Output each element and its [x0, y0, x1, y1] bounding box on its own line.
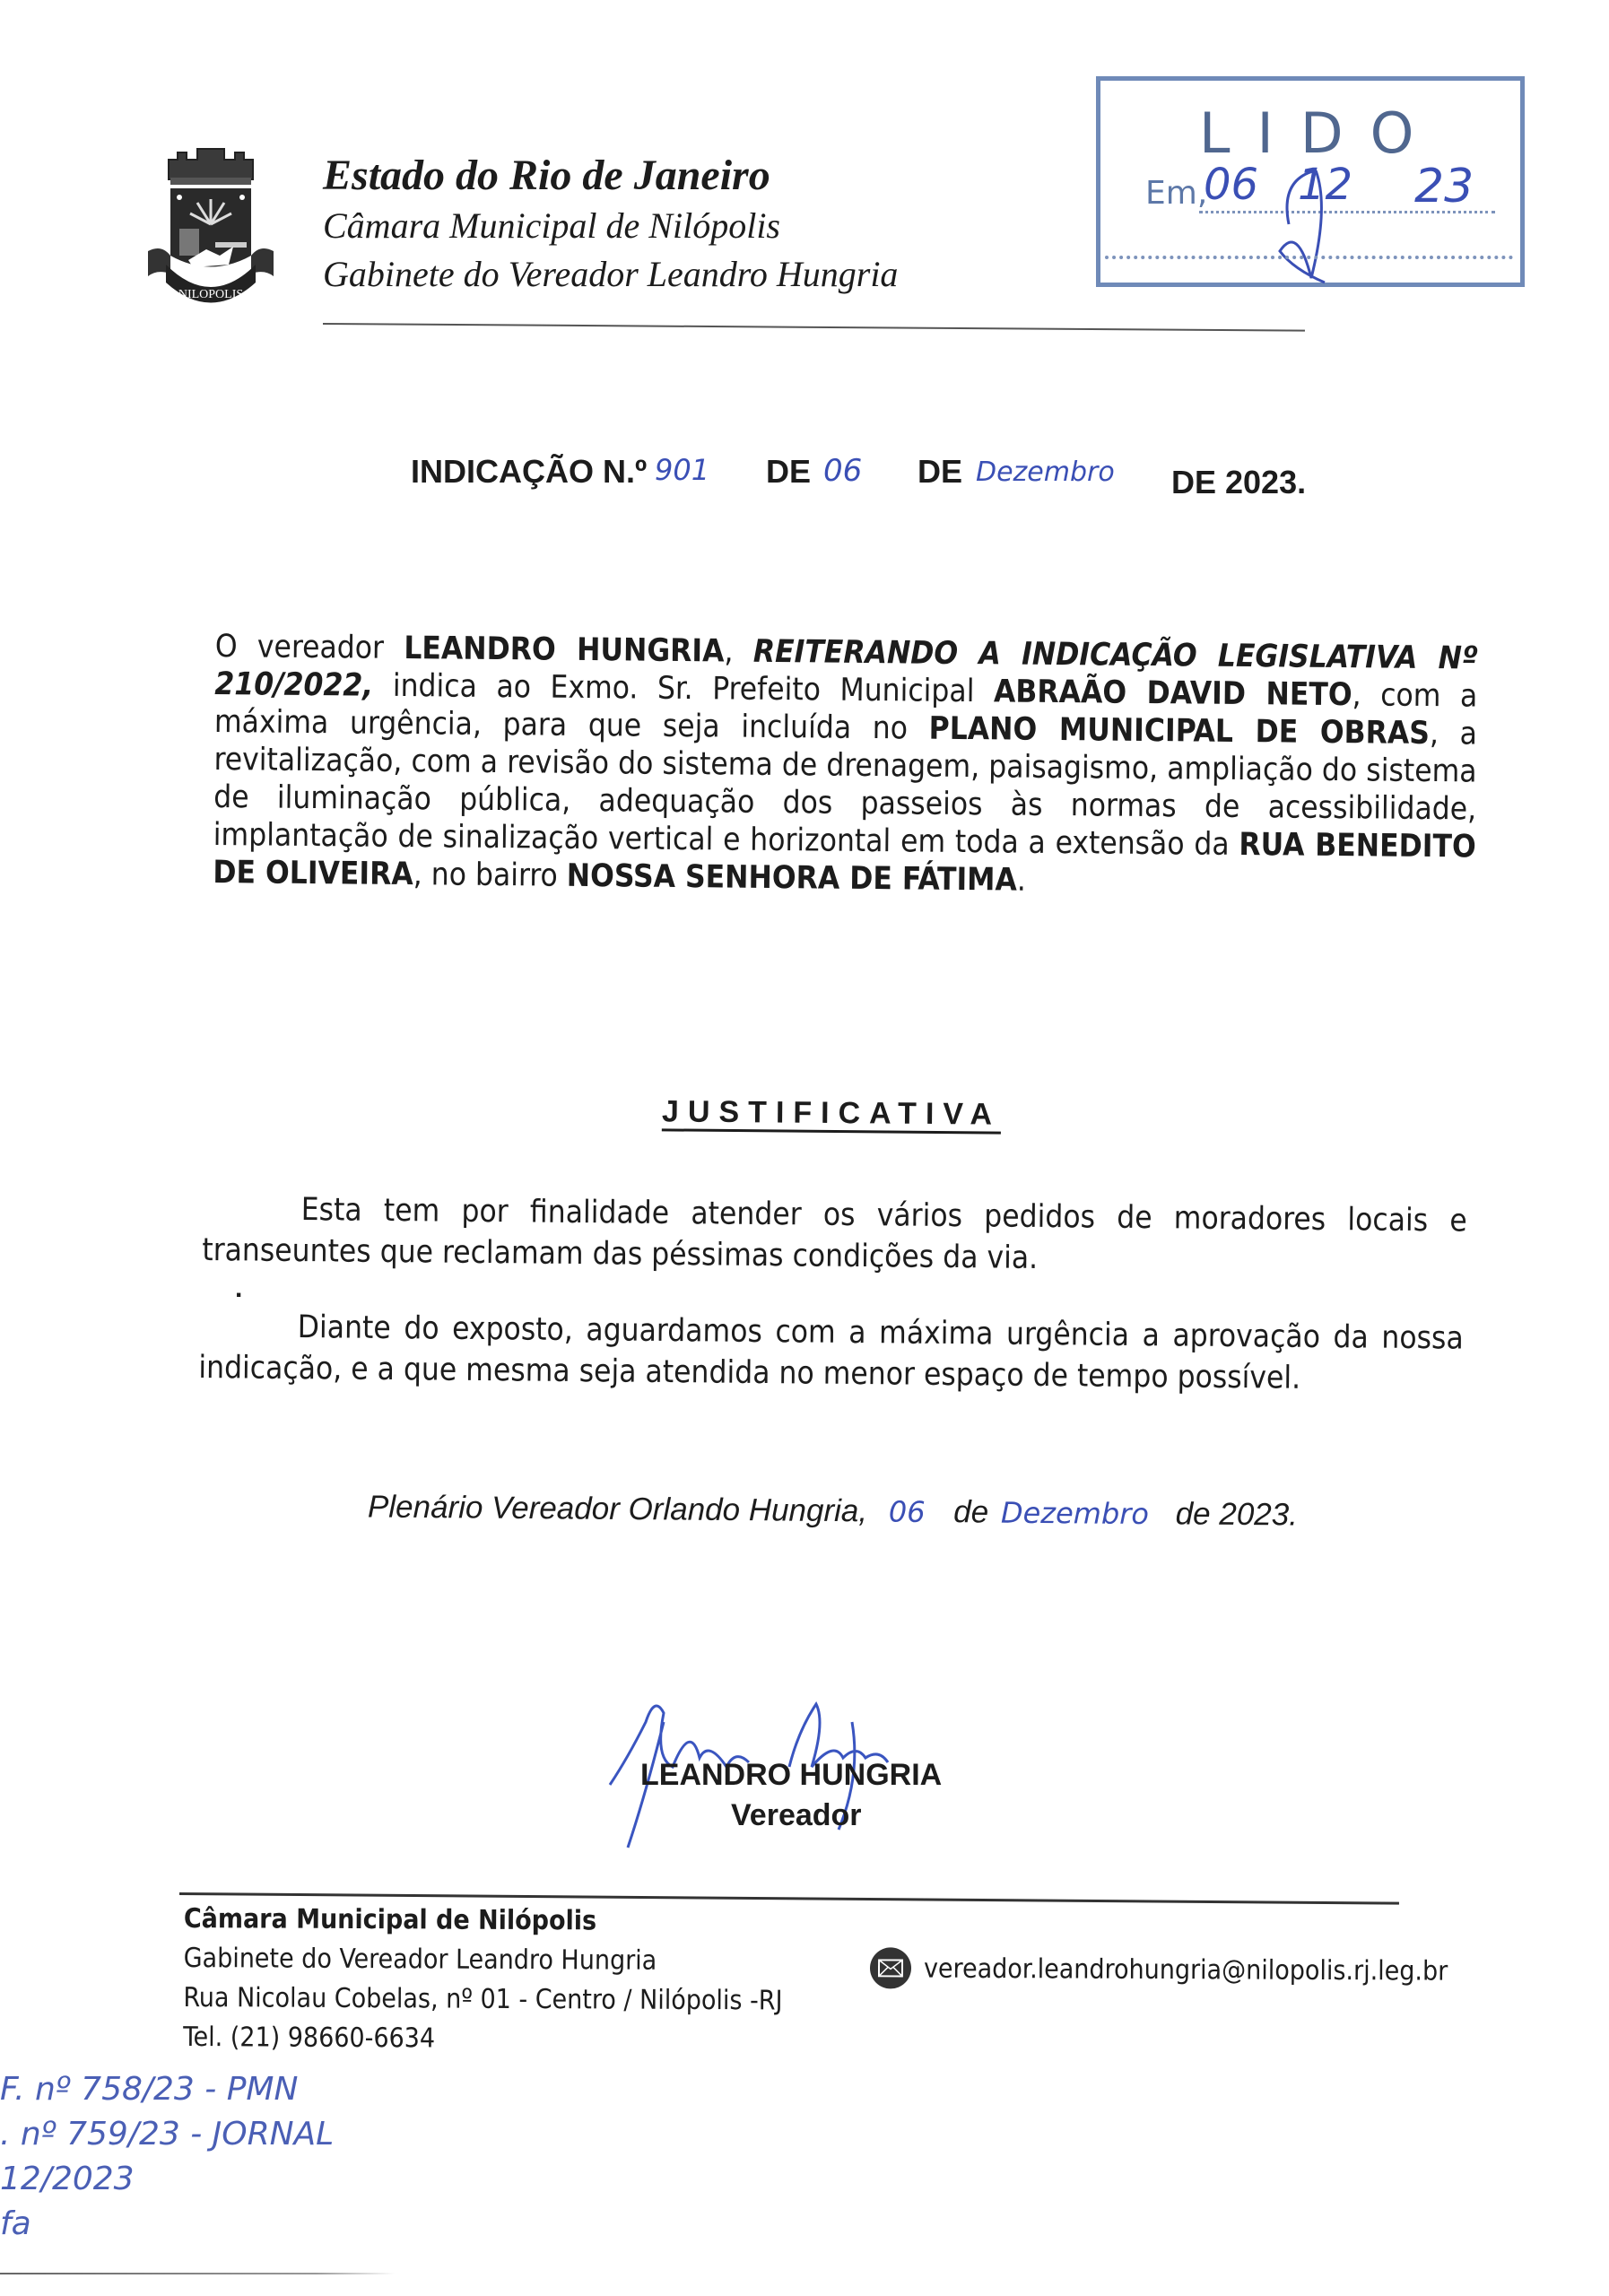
note-line: . nº 759/23 - JORNAL	[0, 2112, 334, 2157]
header-state: Estado do Rio de Janeiro	[323, 151, 770, 200]
footer-org: Câmara Municipal de Nilópolis	[184, 1900, 783, 1942]
stamp-day: 06	[1204, 160, 1258, 210]
note-line: fa	[0, 2202, 334, 2247]
lido-stamp: LIDO Em, 06 12 23	[1096, 76, 1525, 287]
note-line: 12/2023	[0, 2157, 334, 2202]
title-year: DE 2023.	[1171, 464, 1306, 501]
closing-line: Plenário Vereador Orlando Hungria, 06 de…	[368, 1489, 1298, 1533]
footer-office: Gabinete do Vereador Leandro Hungria	[184, 1939, 783, 1981]
mayor-name: ABRAÃO DAVID NETO	[994, 674, 1352, 713]
neighborhood-name: NOSSA SENHORA DE FÁTIMA	[567, 858, 1018, 899]
closing-month: Dezembro	[1001, 1496, 1149, 1531]
body-text: .	[1017, 863, 1026, 899]
closing-year: de 2023.	[1176, 1496, 1299, 1532]
justification-paragraph-2: Diante do exposto, aguardamos com a máxi…	[198, 1306, 1464, 1401]
councilor-name: LEANDRO HUNGRIA	[404, 631, 725, 669]
indication-title: INDICAÇÃO N.º 901 DE 06 DE Dezembro DE 2…	[411, 453, 1326, 507]
svg-text:NILOPOLIS: NILOPOLIS	[178, 288, 243, 301]
header-office: Gabinete do Vereador Leandro Hungria	[323, 253, 898, 295]
title-de-2: DE	[918, 453, 962, 491]
body-text: ,	[724, 633, 753, 669]
note-line: F. nº 758/23 - PMN	[0, 2067, 334, 2112]
body-text: indica ao Exmo. Sr. Prefeito Municipal	[373, 668, 994, 710]
coat-of-arms-icon: NILOPOLIS	[144, 143, 278, 309]
stamp-rubric-icon	[1262, 170, 1343, 296]
justification-heading: JUSTIFICATIVA	[662, 1094, 1001, 1132]
stamp-bottom-line	[1105, 256, 1513, 259]
closing-day: 06	[889, 1495, 926, 1529]
stamp-em-label: Em,	[1145, 175, 1207, 212]
handwritten-notes: F. nº 758/23 - PMN . nº 759/23 - JORNAL …	[0, 2067, 334, 2247]
envelope-icon	[870, 1947, 911, 1988]
title-prefix: INDICAÇÃO N.º	[411, 453, 647, 491]
footer-contact-block: Câmara Municipal de Nilópolis Gabinete d…	[183, 1900, 783, 2060]
justification-paragraph-1: Esta tem por finalidade atender os vário…	[202, 1188, 1467, 1283]
header-divider	[323, 323, 1305, 332]
closing-de: de	[953, 1494, 988, 1529]
signatory-name: LEANDRO HUNGRIA	[640, 1758, 942, 1793]
footer-address: Rua Nicolau Cobelas, nº 01 - Centro / Ni…	[183, 1979, 782, 2021]
header-chamber: Câmara Municipal de Nilópolis	[323, 204, 780, 247]
plan-name: PLANO MUNICIPAL DE OBRAS	[928, 711, 1430, 752]
footer-phone: Tel. (21) 98660-6634	[183, 2018, 782, 2060]
stamp-year: 23	[1414, 160, 1474, 213]
body-text: , no bairro	[413, 857, 567, 894]
body-text: O vereador	[215, 629, 404, 666]
stamp-title: LIDO	[1199, 100, 1440, 166]
title-day: 06	[823, 453, 862, 489]
bottom-divider	[0, 2273, 395, 2274]
stray-dot: .	[235, 1274, 242, 1304]
coat-of-arms-logo: NILOPOLIS	[144, 143, 278, 309]
title-de-1: DE	[766, 453, 811, 491]
closing-place: Plenário Vereador Orlando Hungria,	[368, 1489, 867, 1528]
signatory-role: Vereador	[731, 1798, 862, 1833]
indication-body: O vereador LEANDRO HUNGRIA, REITERANDO A…	[213, 628, 1478, 904]
email-address[interactable]: vereador.leandrohungria@nilopolis.rj.leg…	[924, 1952, 1448, 1987]
title-number: 901	[655, 453, 709, 487]
footer-email: vereador.leandrohungria@nilopolis.rj.leg…	[870, 1947, 1448, 1991]
title-month: Dezembro	[976, 457, 1115, 488]
